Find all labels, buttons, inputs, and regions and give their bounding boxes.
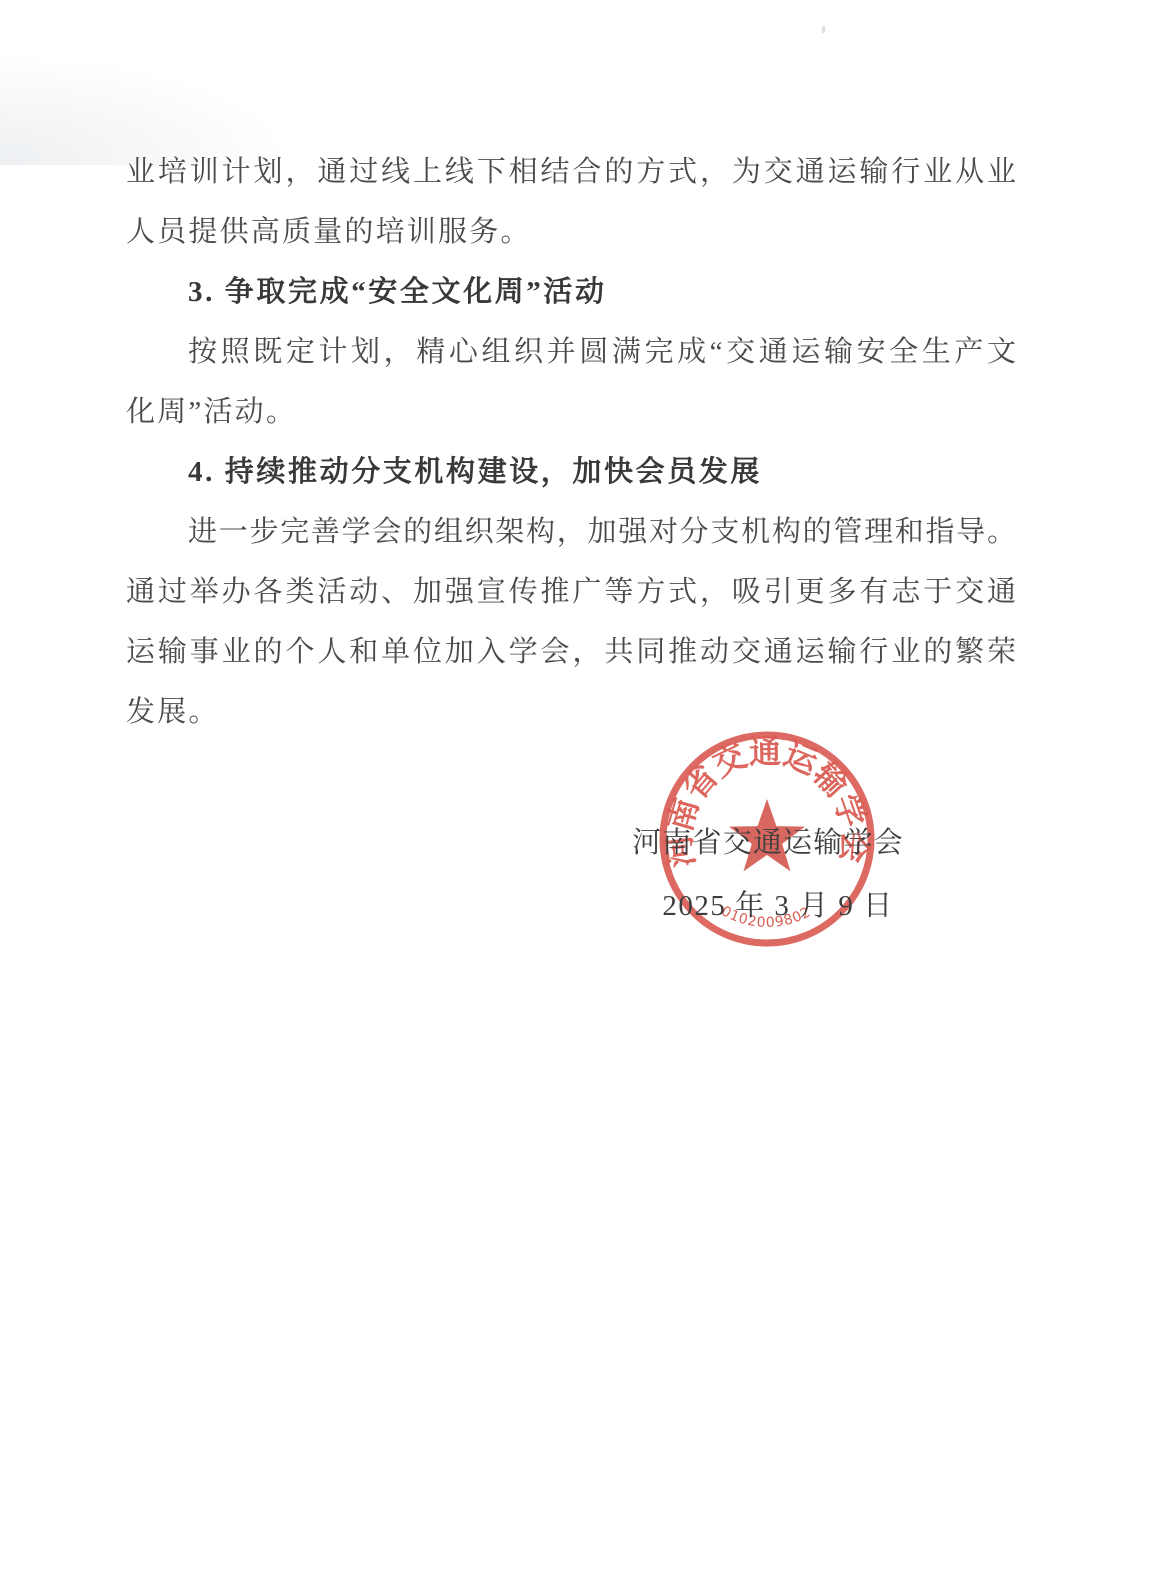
body-line: 进一步完善学会的组织架构，加强对分支机构的管理和指导。 xyxy=(126,502,1016,562)
signature-date: 2025 年 3 月 9 日 xyxy=(633,889,923,923)
document-body: 业培训计划，通过线上线下相结合的方式，为交通运输行业从业 人员提供高质量的培训服… xyxy=(126,142,1016,742)
scanned-document-page: 业培训计划，通过线上线下相结合的方式，为交通运输行业从业 人员提供高质量的培训服… xyxy=(0,0,1151,1593)
section-heading-3: 3. 争取完成“安全文化周”活动 xyxy=(126,262,1016,322)
body-line: 化周”活动。 xyxy=(126,382,1016,442)
body-line: 按照既定计划，精心组织并圆满完成“交通运输安全生产文 xyxy=(126,322,1016,382)
body-line: 通过举办各类活动、加强宣传推广等方式，吸引更多有志于交通 xyxy=(126,562,1016,622)
body-line: 业培训计划，通过线上线下相结合的方式，为交通运输行业从业 xyxy=(126,142,1016,202)
signature-organization: 河南省交通运输学会 xyxy=(622,826,914,860)
body-line: 人员提供高质量的培训服务。 xyxy=(126,202,1016,262)
scan-speck-artifact xyxy=(822,26,825,33)
section-heading-4: 4. 持续推动分支机构建设，加快会员发展 xyxy=(126,442,1016,502)
body-line: 运输事业的个人和单位加入学会，共同推动交通运输行业的繁荣 xyxy=(126,622,1016,682)
